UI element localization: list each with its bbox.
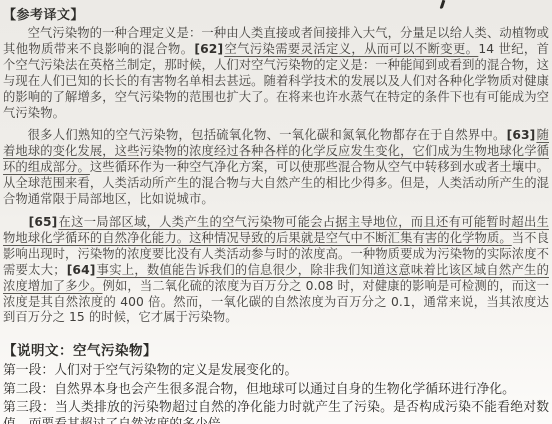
scanned-answer-page: 【参考译文】 空气污染物的一种合理定义是：一种由人类直接或者间接排入大气，分量足… bbox=[0, 0, 552, 424]
underlined-translated-sentence: 在这一局部区域，人类产生的空气污染物可能会占据主导地位，而且还有可能暂时超出生物… bbox=[3, 215, 549, 245]
text-segment: 很多人们熟知的空气污染物，包括硫氧化物、一氧化碳和氮氧化物都存在于自然界中。 bbox=[28, 128, 506, 142]
translation-body: 空气污染物的一种合理定义是：一种由人类直接或者间接排入大气，分量足以给人类、动植… bbox=[3, 26, 549, 326]
question-number-marker: [62] bbox=[193, 42, 224, 56]
question-number-marker: [64] bbox=[66, 263, 97, 277]
summary-body: 第一段：人们对于空气污染物的定义是发展变化的。第二段：自然界本身也会产生很多混合… bbox=[3, 362, 549, 424]
translation-paragraph-1: 空气污染物的一种合理定义是：一种由人类直接或者间接排入大气，分量足以给人类、动植… bbox=[3, 26, 549, 121]
reference-translation-heading: 【参考译文】 bbox=[3, 4, 549, 23]
underlined-translated-sentence: 空气污染需要灵活定义，从而可以不断变更。 bbox=[224, 42, 478, 56]
question-number-marker: [65] bbox=[28, 215, 59, 229]
question-number-marker: [63] bbox=[506, 128, 537, 142]
summary-line-2: 第二段：自然界本身也会产生很多混合物，但地球可以通过自身的生物化学循环进行净化。 bbox=[3, 381, 549, 397]
translation-paragraph-3: [65]在这一局部区域，人类产生的空气污染物可能会占据主导地位，而且还有可能暂时… bbox=[3, 215, 549, 326]
translation-paragraph-2: 很多人们熟知的空气污染物，包括硫氧化物、一氧化碳和氮氧化物都存在于自然界中。[6… bbox=[3, 128, 549, 208]
summary-line-3: 第三段：当人类排放的污染物超过自然的净化能力时就产生了污染。是否构成污染不能看绝… bbox=[3, 399, 549, 424]
summary-line-1: 第一段：人们对于空气污染物的定义是发展变化的。 bbox=[3, 362, 549, 378]
summary-heading: 【说明文：空气污染物】 bbox=[3, 339, 549, 359]
